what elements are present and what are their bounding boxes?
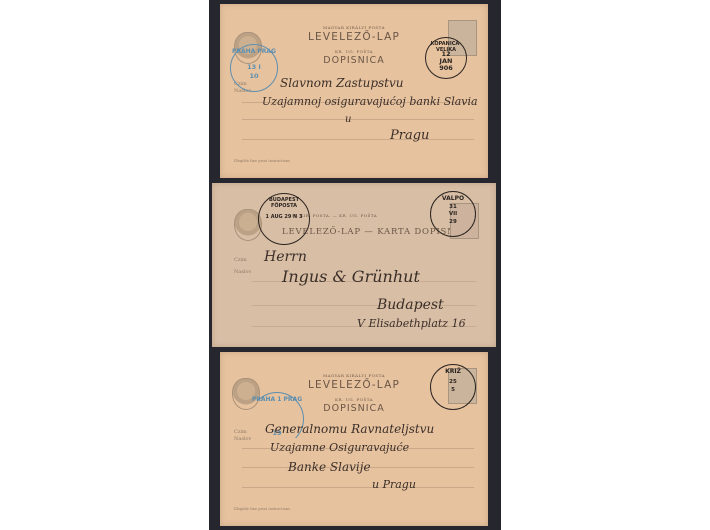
postmark-black: VALPO 31 VII 29	[430, 191, 476, 237]
postcard-1: MAGYAR KIRÁLYI POSTA LEVELEZŐ-LAP KR. UG…	[220, 4, 488, 178]
postmark-black: KRIŽ 25 5	[430, 364, 476, 410]
label-naslov: Naslov	[234, 436, 251, 443]
address-rule	[242, 487, 474, 488]
postcard-3: MAGYAR KIRÁLYI POSTA LEVELEZŐ-LAP KR. UG…	[220, 352, 488, 526]
address-line: Uzajamnoj osiguravajućoj banki Slavia	[262, 95, 478, 108]
address-line: u	[345, 114, 351, 125]
footer-fine-print: Illegible fine print instructions	[234, 507, 290, 511]
address-line: Herrn	[264, 249, 307, 265]
address-line: Slavnom Zastupstvu	[280, 76, 404, 90]
address-line: Ingus & Grünhut	[282, 267, 420, 286]
address-rule	[242, 119, 474, 120]
label-czim: Czim	[234, 257, 247, 264]
address-line: Pragu	[390, 128, 429, 143]
address-line: u Pragu	[372, 478, 416, 491]
postmark-black: KOPANICA-VELIKA 12 JAN 906	[425, 37, 467, 79]
postmark-blue: PRAHA 1 PRAG 19	[250, 392, 304, 446]
footer-fine-print: Illegible fine print instructions	[234, 159, 290, 163]
address-line: Uzajamne Osiguravajuće	[270, 441, 409, 454]
address-line: Banke Slavije	[288, 460, 371, 474]
address-rule	[242, 139, 474, 140]
address-line: Generalnomu Ravnateljstvu	[265, 422, 434, 436]
address-line: V Elisabethplatz 16	[357, 317, 466, 330]
postcard-2: M. KIR. POSTA. — KR. UG. POŠTA LEVELEZŐ-…	[212, 183, 496, 347]
label-naslov: Naslov	[234, 269, 251, 276]
postmark-black: BUDAPEST FŐPOSTA 1 AUG 29 N 3	[258, 193, 310, 245]
postmark-blue: PRAHA PRAG 13 I 10	[230, 44, 278, 92]
address-line: Budapest	[377, 297, 444, 313]
label-czim: Czim	[234, 429, 247, 436]
